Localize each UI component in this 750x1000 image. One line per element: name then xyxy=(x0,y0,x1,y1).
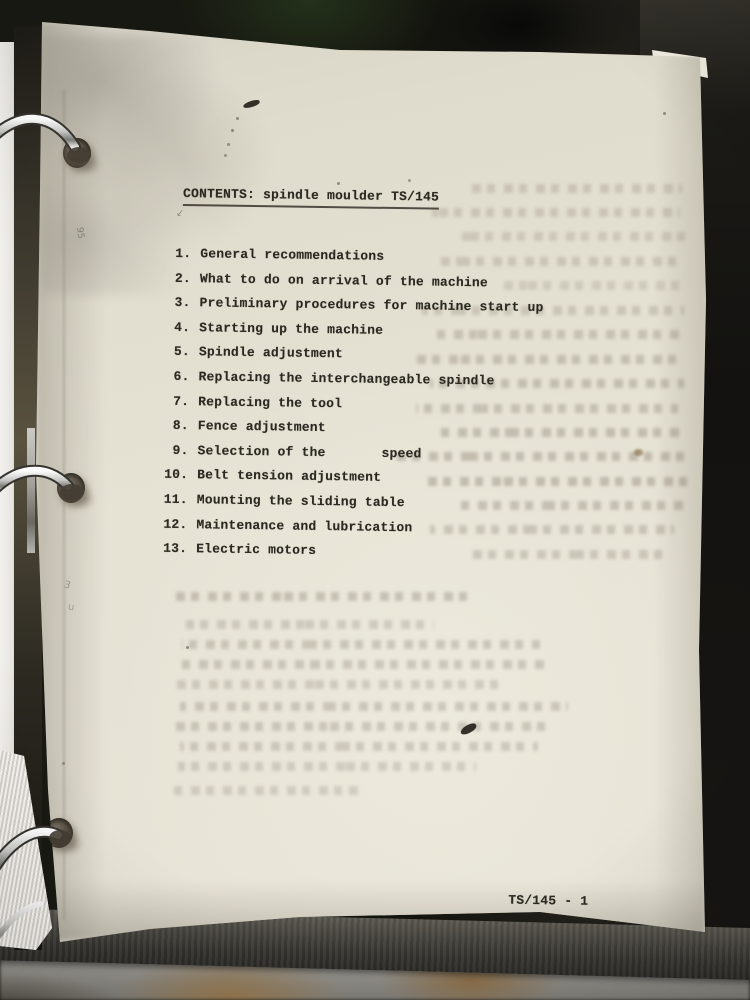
contents-list: 1.General recommendations2.What to do on… xyxy=(153,246,544,571)
paper-speck xyxy=(186,646,189,649)
item-number: 9. xyxy=(154,442,188,457)
photo-of-binder-contents-page: CONTENTS: spindle moulder TS/145 1.Gener… xyxy=(0,0,750,1000)
item-number: 6. xyxy=(155,369,189,384)
item-text: Electric motors xyxy=(196,541,316,558)
item-text: Replacing the tool xyxy=(198,394,342,411)
item-text: Maintenance and lubrication xyxy=(196,517,412,535)
contents-heading: CONTENTS: spindle moulder TS/145 xyxy=(183,186,439,210)
item-number: 12. xyxy=(153,516,187,531)
item-number: 1. xyxy=(157,246,191,261)
paper-speck xyxy=(62,762,65,765)
item-text: Belt tension adjustment xyxy=(197,468,381,486)
item-text: Fence adjustment xyxy=(198,418,326,435)
manual-contents-page: CONTENTS: spindle moulder TS/145 1.Gener… xyxy=(0,0,750,1000)
pencil-mark: ↙ xyxy=(175,207,185,219)
item-number: 7. xyxy=(155,393,189,408)
paper-speck xyxy=(663,112,666,115)
paper-speck xyxy=(227,143,230,146)
item-number: 11. xyxy=(154,492,188,507)
item-number: 3. xyxy=(156,295,190,310)
item-number: 8. xyxy=(155,418,189,433)
item-text: Selection of the speed xyxy=(197,443,421,461)
item-number: 2. xyxy=(157,270,191,285)
item-text: General recommendations xyxy=(200,246,384,264)
paper-speck xyxy=(408,179,411,182)
item-number: 10. xyxy=(154,467,188,482)
item-text: What to do on arrival of the machine xyxy=(200,271,488,290)
contents-item: 13.Electric motors xyxy=(153,541,540,571)
paper-speck xyxy=(236,117,239,120)
item-number: 13. xyxy=(153,541,187,556)
item-text: Spindle adjustment xyxy=(199,345,343,362)
item-number: 5. xyxy=(156,344,190,359)
paper-speck xyxy=(337,182,340,185)
pencil-mark: 95 xyxy=(74,227,85,240)
paper-speck xyxy=(224,154,227,157)
item-text: Mounting the sliding table xyxy=(197,492,405,510)
item-text: Starting up the machine xyxy=(199,320,383,338)
typed-text-layer: CONTENTS: spindle moulder TS/145 1.Gener… xyxy=(0,0,750,1000)
item-text: Replacing the interchangeable spindle xyxy=(198,369,494,388)
item-number: 4. xyxy=(156,319,190,334)
page-reference: TS/145 - 1 xyxy=(508,893,588,909)
paper-speck xyxy=(231,129,234,132)
